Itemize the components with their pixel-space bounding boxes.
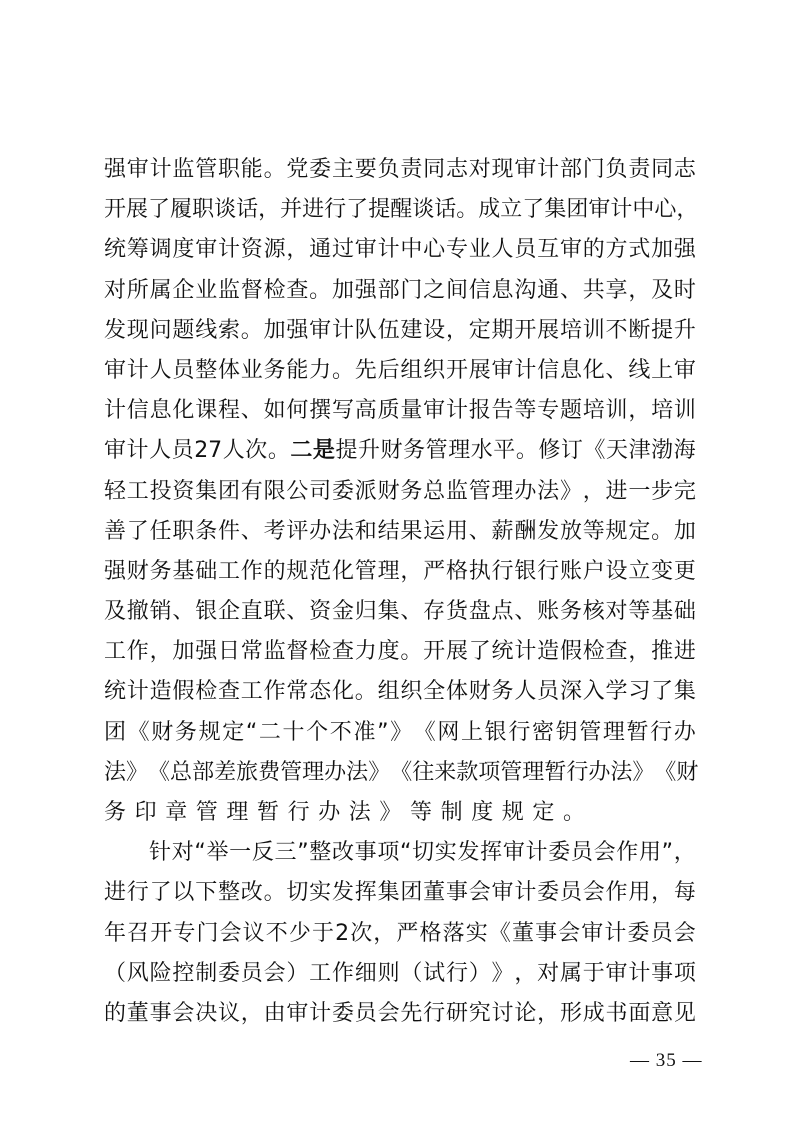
text-line: 开展了履职谈话，并进行了提醒谈话。成立了集团审计中心， bbox=[104, 190, 696, 230]
text-line: 及撤销、银企直联、资金归集、存货盘点、账务核对等基础 bbox=[104, 592, 696, 632]
text-line: 审计人员27人次。二是提升财务管理水平。修订《天津渤海 bbox=[104, 431, 696, 471]
page-number: — 35 — bbox=[630, 1050, 703, 1072]
body-text: 强审计监管职能。党委主要负责同志对现审计部门负责同志开展了履职谈话，并进行了提醒… bbox=[104, 150, 704, 1034]
text-line: 计信息化课程、如何撰写高质量审计报告等专题培训，培训 bbox=[104, 391, 696, 431]
text-line: 务印章管理暂行办法》等制度规定。 bbox=[104, 793, 696, 833]
text-line: 善了任职条件、考评办法和结果运用、薪酬发放等规定。加 bbox=[104, 512, 696, 552]
text-line: 年召开专门会议不少于2次，严格落实《董事会审计委员会 bbox=[104, 914, 696, 954]
text-line: 法》《总部差旅费管理办法》《往来款项管理暂行办法》《财 bbox=[104, 753, 696, 793]
text-line: 对所属企业监督检查。加强部门之间信息沟通、共享，及时 bbox=[104, 271, 696, 311]
text-line: 审计人员整体业务能力。先后组织开展审计信息化、线上审 bbox=[104, 351, 696, 391]
text-line: 针对“举一反三”整改事项“切实发挥审计委员会作用”， bbox=[104, 833, 696, 873]
text-line: 的董事会决议，由审计委员会先行研究讨论，形成书面意见 bbox=[104, 994, 696, 1034]
text-line: 强审计监管职能。党委主要负责同志对现审计部门负责同志 bbox=[104, 150, 696, 190]
text-line: 发现问题线索。加强审计队伍建设，定期开展培训不断提升 bbox=[104, 311, 696, 351]
text-line: 统筹调度审计资源，通过审计中心专业人员互审的方式加强 bbox=[104, 230, 696, 270]
text-line: 强财务基础工作的规范化管理，严格执行银行账户设立变更 bbox=[104, 552, 696, 592]
text-line: 统计造假检查工作常态化。组织全体财务人员深入学习了集 bbox=[104, 672, 696, 712]
text-line: 进行了以下整改。切实发挥集团董事会审计委员会作用，每 bbox=[104, 873, 696, 913]
text-line: （风险控制委员会）工作细则（试行）》，对属于审计事项 bbox=[104, 954, 696, 994]
text-line: 团《财务规定“二十个不准”》《网上银行密钥管理暂行办 bbox=[104, 713, 696, 753]
document-page: 强审计监管职能。党委主要负责同志对现审计部门负责同志开展了履职谈话，并进行了提醒… bbox=[0, 0, 800, 1131]
text-line: 轻工投资集团有限公司委派财务总监管理办法》，进一步完 bbox=[104, 472, 696, 512]
text-line: 工作，加强日常监督检查力度。开展了统计造假检查，推进 bbox=[104, 632, 696, 672]
